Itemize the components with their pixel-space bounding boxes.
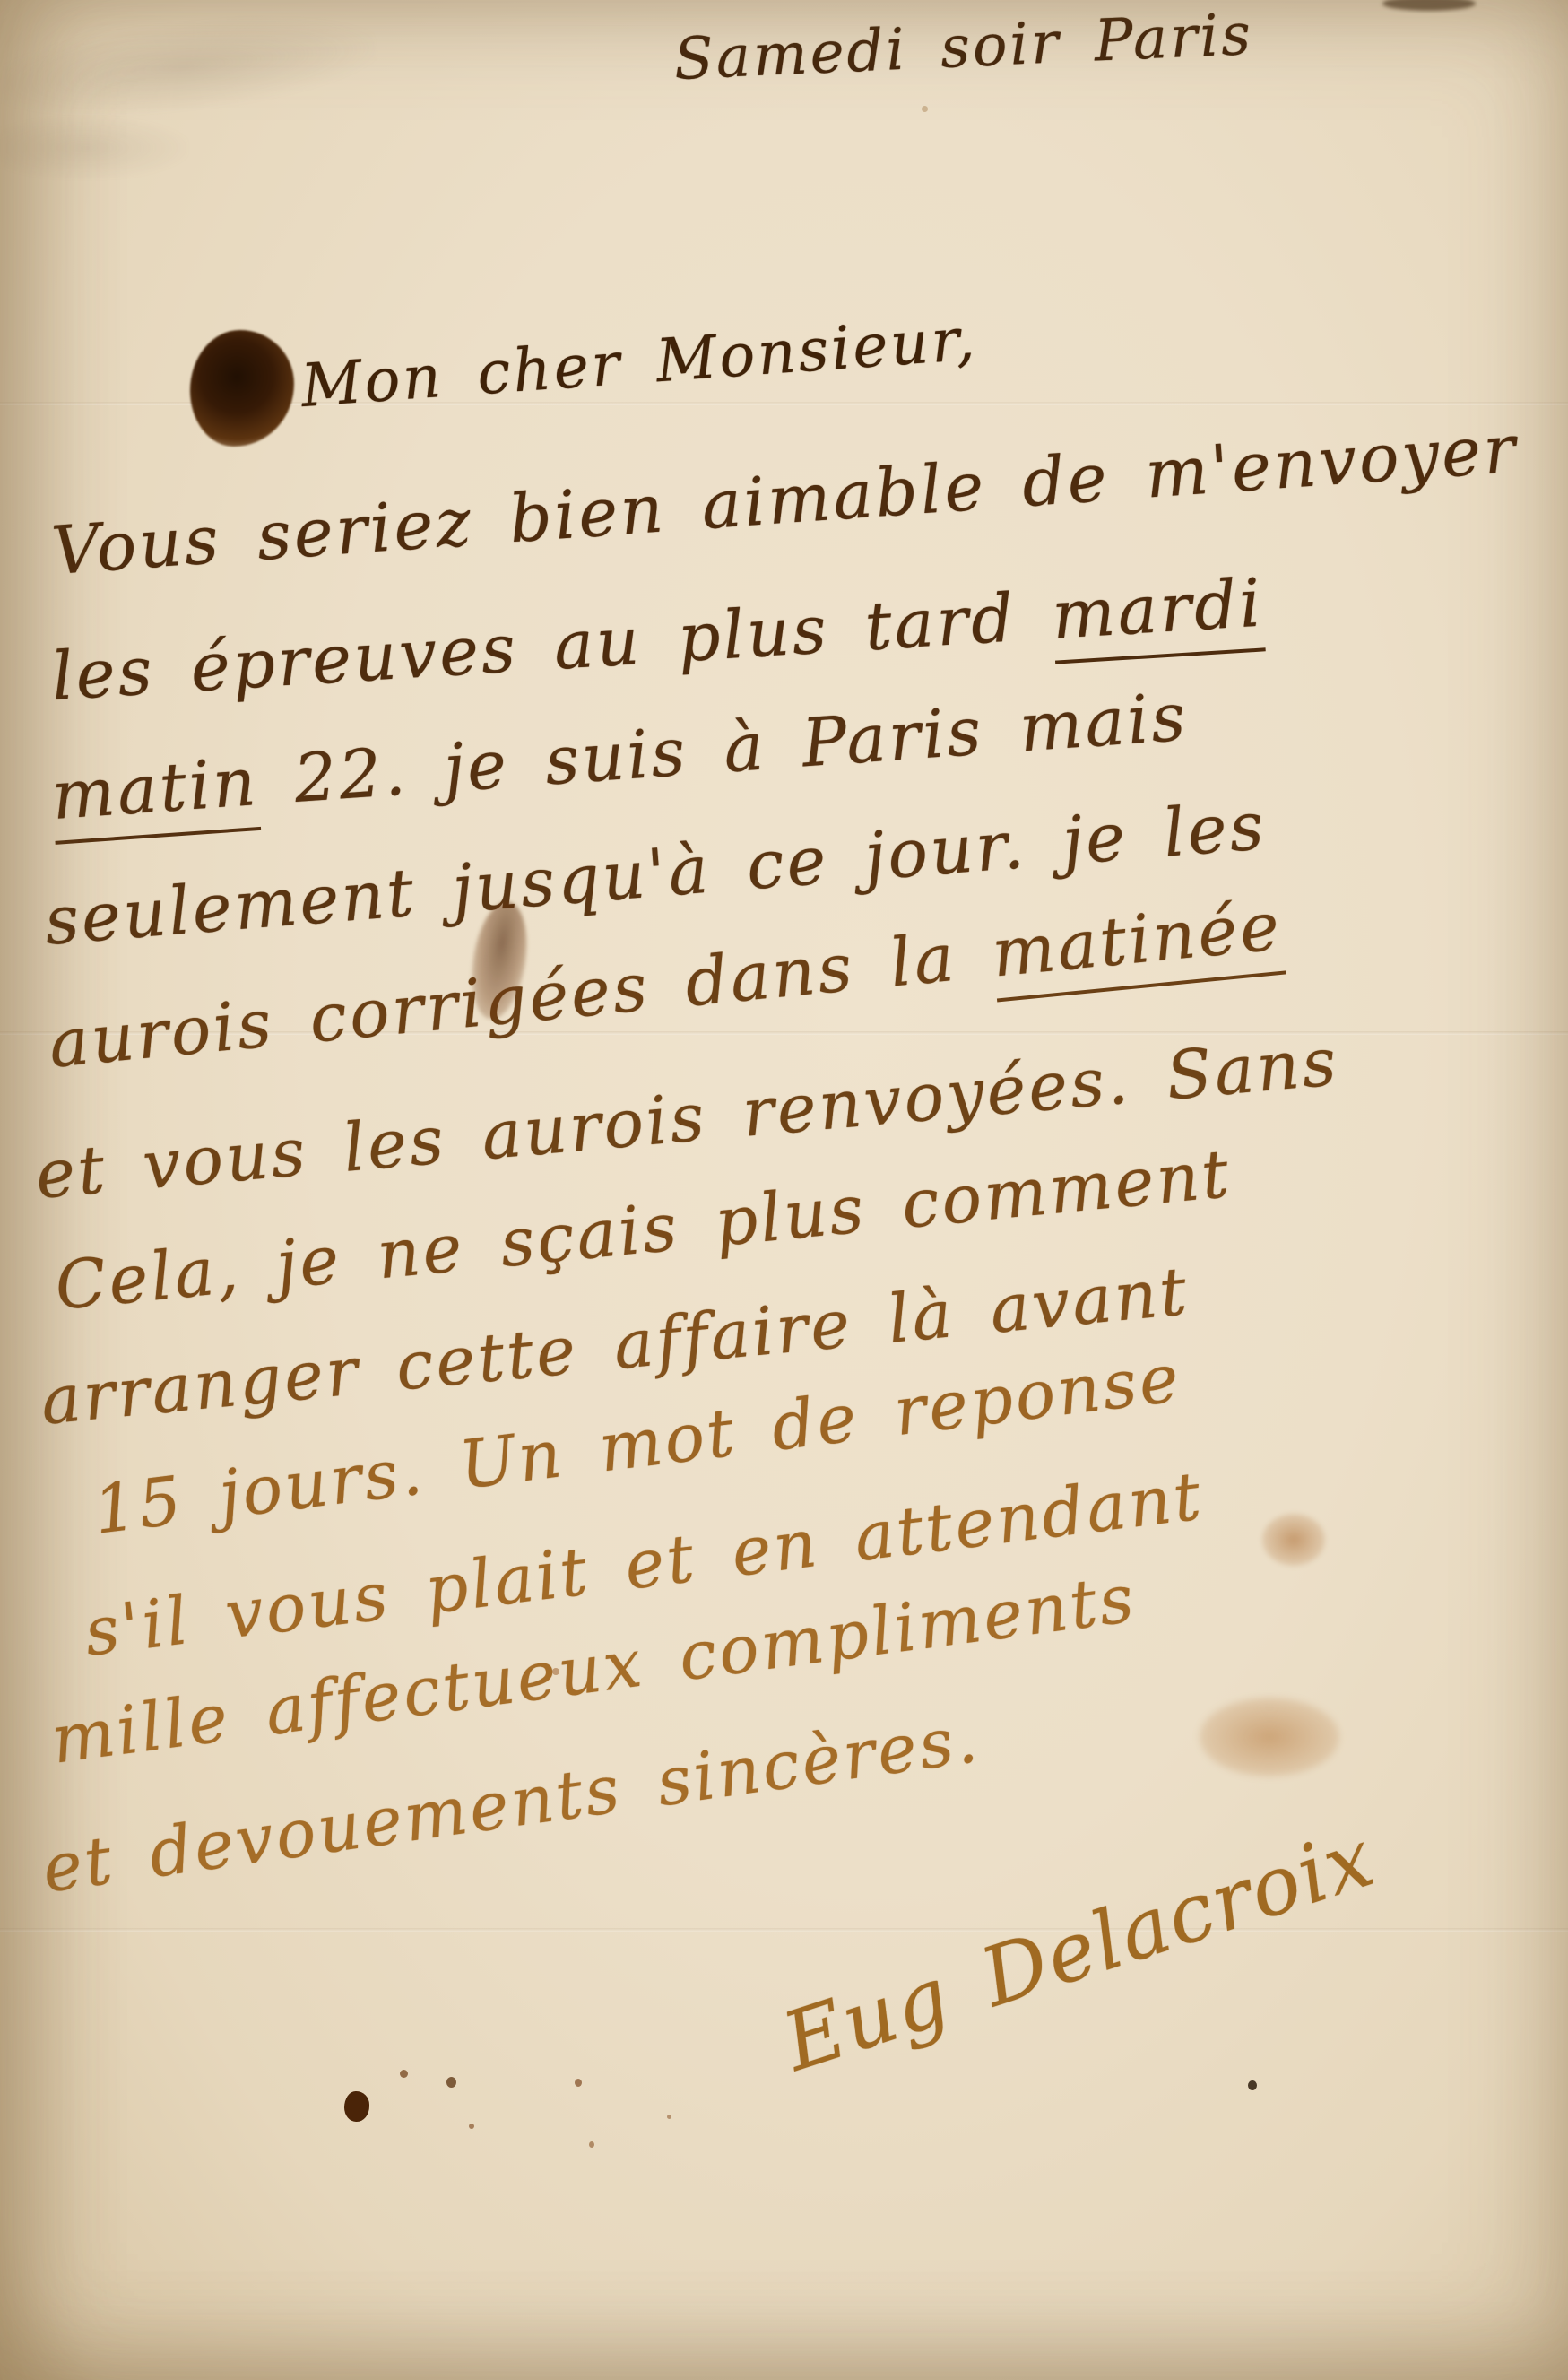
letter-line: Vous seriez bien aimable de m'envoyer: [49, 411, 1520, 590]
ink-speck: [922, 106, 928, 112]
ink-speck: [344, 2091, 369, 2122]
ink-speck: [667, 2115, 671, 2119]
underlined-word: matinée: [989, 888, 1286, 1003]
ink-smudge: [1382, 0, 1476, 11]
dateline: Samedi soir Paris: [672, 2, 1254, 93]
signature: Eug Delacroix: [773, 1811, 1386, 2090]
ink-speck: [1248, 2080, 1257, 2090]
ink-speck: [446, 2077, 456, 2088]
paper-crease: [0, 402, 1568, 405]
paper-crease: [0, 1928, 1568, 1932]
ink-speck: [469, 2124, 474, 2129]
signature-text: Eug Delacroix: [773, 1811, 1386, 2090]
underlined-word: mardi: [1050, 564, 1266, 664]
pencil-inscription-ghost: [0, 117, 188, 179]
dateline-text: Samedi soir Paris: [672, 2, 1254, 93]
ink-speck: [589, 2141, 594, 2148]
ink-speck: [400, 2070, 408, 2078]
underlined-word: matin: [49, 743, 262, 845]
salutation: Mon cher Monsieur,: [299, 304, 979, 421]
ink-stain: [1200, 1698, 1339, 1776]
ink-stain: [1262, 1514, 1325, 1566]
salutation-text: Mon cher Monsieur,: [299, 304, 979, 421]
pencil-inscription-ghost: [0, 4, 380, 129]
ink-speck: [575, 2079, 582, 2087]
ink-blot: [190, 330, 294, 447]
letter-page: Samedi soir Paris Mon cher Monsieur, Vou…: [0, 0, 1568, 2380]
